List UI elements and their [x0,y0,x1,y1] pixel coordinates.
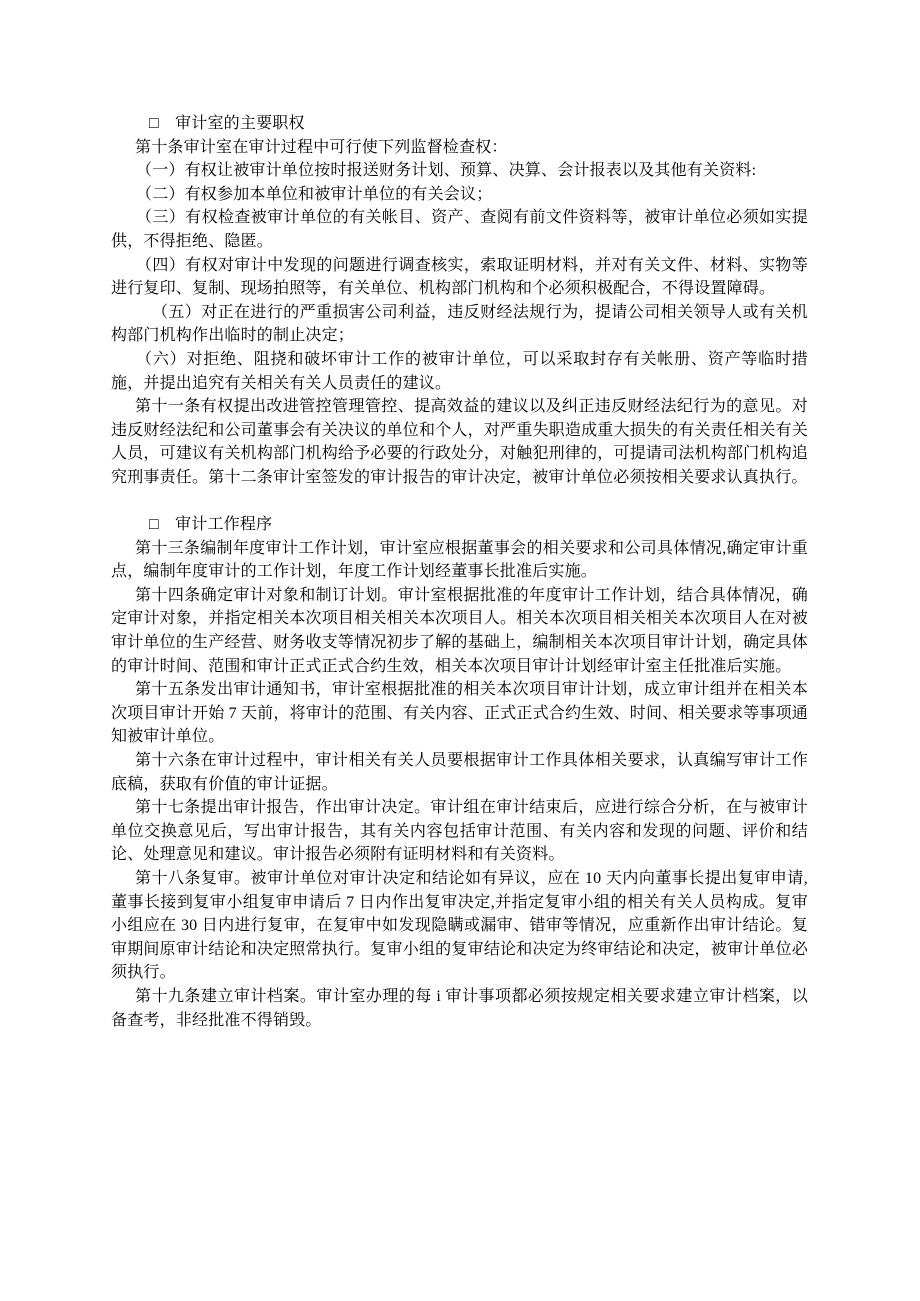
paragraph: （一）有权让被审计单位按时报送财务计划、预算、决算、会计报表以及其他有关资料: [111,159,808,183]
section-heading: □ 审计工作程序 [111,513,808,537]
paragraph: 第十八条复审。被审计单位对审计决定和结论如有异议，应在 10 天内向董事长提出复… [111,867,808,985]
paragraph: 第十三条编制年度审计工作计划，审计室应根据董事会的相关要求和公司具体情况,确定审… [111,537,808,584]
paragraph: 第十四条确定审计对象和制订计划。审计室根据批准的年度审计工作计划，结合具体情况，… [111,584,808,678]
blank-line [111,490,808,514]
paragraph: 第十七条提出审计报告，作出审计决定。审计组在审计结束后，应进行综合分析，在与被审… [111,796,808,867]
paragraph: （五）对正在进行的严重损害公司利益，违反财经法规行为，提请公司相关领导人或有关机… [111,301,808,348]
section-heading: □ 审计室的主要职权 [111,112,808,136]
paragraph: 第十一条有权提出改进管控管理管控、提高效益的建议以及纠正违反财经法纪行为的意见。… [111,395,808,489]
paragraph: 第十六条在审计过程中，审计相关有关人员要根据审计工作具体相关要求，认真编写审计工… [111,749,808,796]
document-page: □ 审计室的主要职权第十条审计室在审计过程中可行使下列监督检查权：（一）有权让被… [0,0,920,1301]
paragraph: （二）有权参加本单位和被审计单位的有关会议； [111,183,808,207]
paragraph: 第十五条发出审计通知书，审计室根据批准的相关本次项目审计计划，成立审计组并在相关… [111,678,808,749]
paragraph: （三）有权检查被审计单位的有关帐目、资产、查阅有前文件资料等，被审计单位必须如实… [111,206,808,253]
document-body: □ 审计室的主要职权第十条审计室在审计过程中可行使下列监督检查权：（一）有权让被… [0,0,920,1032]
paragraph: 第十条审计室在审计过程中可行使下列监督检查权： [111,136,808,160]
paragraph: （四）有权对审计中发现的问题进行调查核实，索取证明材料，并对有关文件、材料、实物… [111,254,808,301]
paragraph: （六）对拒绝、阻挠和破坏审计工作的被审计单位，可以采取封存有关帐册、资产等临时措… [111,348,808,395]
paragraph: 第十九条建立审计档案。审计室办理的每 i 审计事项都必须按规定相关要求建立审计档… [111,985,808,1032]
